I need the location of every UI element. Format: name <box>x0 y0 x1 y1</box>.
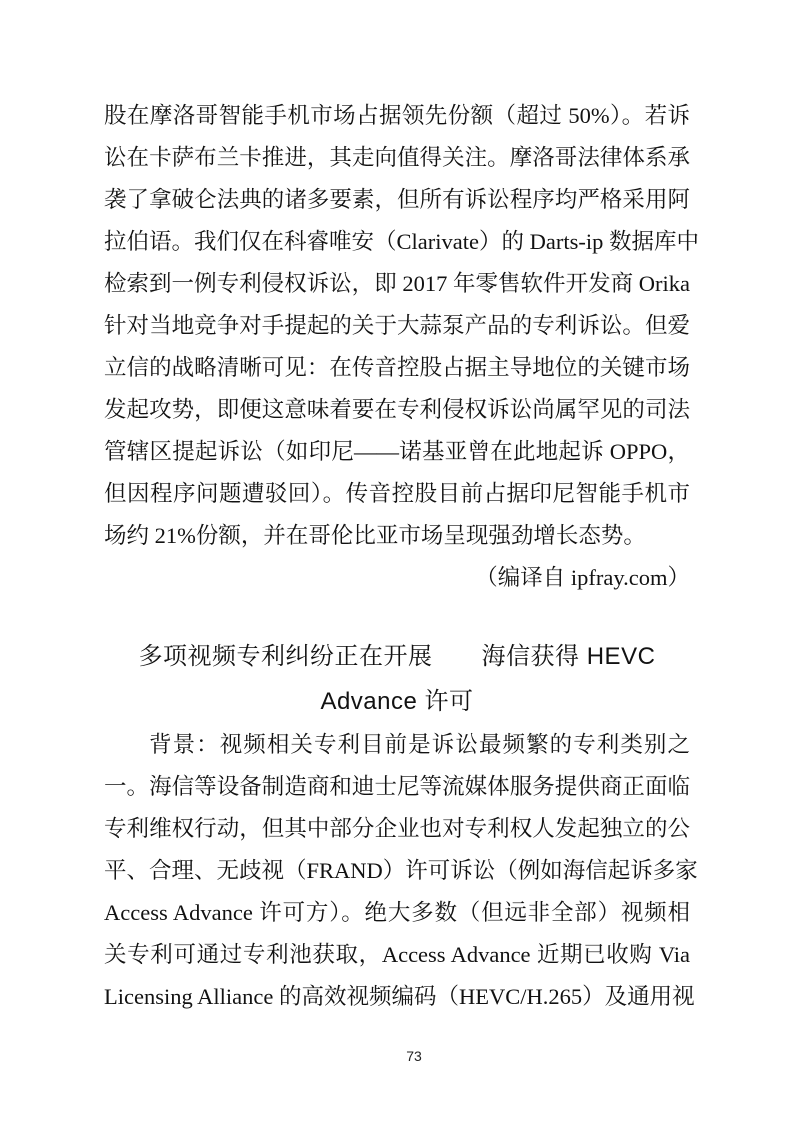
source-credit: （编译自 ipfray.com） <box>104 557 690 599</box>
body-text-line: 背景：视频相关专利目前是诉讼最频繁的专利类别之 <box>104 724 690 766</box>
body-text-line: 但因程序问题遭驳回）。传音控股目前占据印尼智能手机市 <box>104 473 690 515</box>
body-text-line: Access Advance 许可方）。绝大多数（但远非全部）视频相 <box>104 892 690 934</box>
body-text-line: 检索到一例专利侵权诉讼，即 2017 年零售软件开发商 Orika <box>104 263 690 305</box>
body-text-line: 立信的战略清晰可见：在传音控股占据主导地位的关键市场 <box>104 347 690 389</box>
page-content: 股在摩洛哥智能手机市场占据领先份额（超过 50%）。若诉 讼在卡萨布兰卡推进，其… <box>104 95 690 1018</box>
body-text-line: 场约 21%份额，并在哥伦比亚市场呈现强劲增长态势。 <box>104 515 690 557</box>
body-text-line: 关专利可通过专利池获取，Access Advance 近期已收购 Via <box>104 934 690 976</box>
body-text-line: 专利维权行动，但其中部分企业也对专利权人发起独立的公 <box>104 808 690 850</box>
body-text-line: 针对当地竞争对手提起的关于大蒜泵产品的专利诉讼。但爱 <box>104 305 690 347</box>
article-title-line-2: Advance 许可 <box>104 679 690 724</box>
body-text-line: 讼在卡萨布兰卡推进，其走向值得关注。摩洛哥法律体系承 <box>104 137 690 179</box>
body-text-line: 发起攻势，即便这意味着要在专利侵权诉讼尚属罕见的司法 <box>104 389 690 431</box>
body-text-line: 平、合理、无歧视（FRAND）许可诉讼（例如海信起诉多家 <box>104 850 690 892</box>
body-text-line: 一。海信等设备制造商和迪士尼等流媒体服务提供商正面临 <box>104 766 690 808</box>
document-page: 股在摩洛哥智能手机市场占据领先份额（超过 50%）。若诉 讼在卡萨布兰卡推进，其… <box>0 0 793 1122</box>
article-title: 多项视频专利纠纷正在开展 海信获得 HEVC Advance 许可 <box>104 634 690 724</box>
body-text-line: 管辖区提起诉讼（如印尼——诺基亚曾在此地起诉 OPPO， <box>104 431 690 473</box>
article-title-line-1: 多项视频专利纠纷正在开展 海信获得 HEVC <box>104 634 690 679</box>
article1-paragraph: 股在摩洛哥智能手机市场占据领先份额（超过 50%）。若诉 讼在卡萨布兰卡推进，其… <box>104 95 690 557</box>
body-text-line: Licensing Alliance 的高效视频编码（HEVC/H.265）及通… <box>104 976 690 1018</box>
body-text-line: 袭了拿破仑法典的诸多要素，但所有诉讼程序均严格采用阿 <box>104 179 690 221</box>
article2-paragraph: 背景：视频相关专利目前是诉讼最频繁的专利类别之 一。海信等设备制造商和迪士尼等流… <box>104 724 690 1018</box>
page-number: 73 <box>406 1046 422 1066</box>
body-text-line: 股在摩洛哥智能手机市场占据领先份额（超过 50%）。若诉 <box>104 95 690 137</box>
body-text-line: 拉伯语。我们仅在科睿唯安（Clarivate）的 Darts-ip 数据库中 <box>104 221 690 263</box>
